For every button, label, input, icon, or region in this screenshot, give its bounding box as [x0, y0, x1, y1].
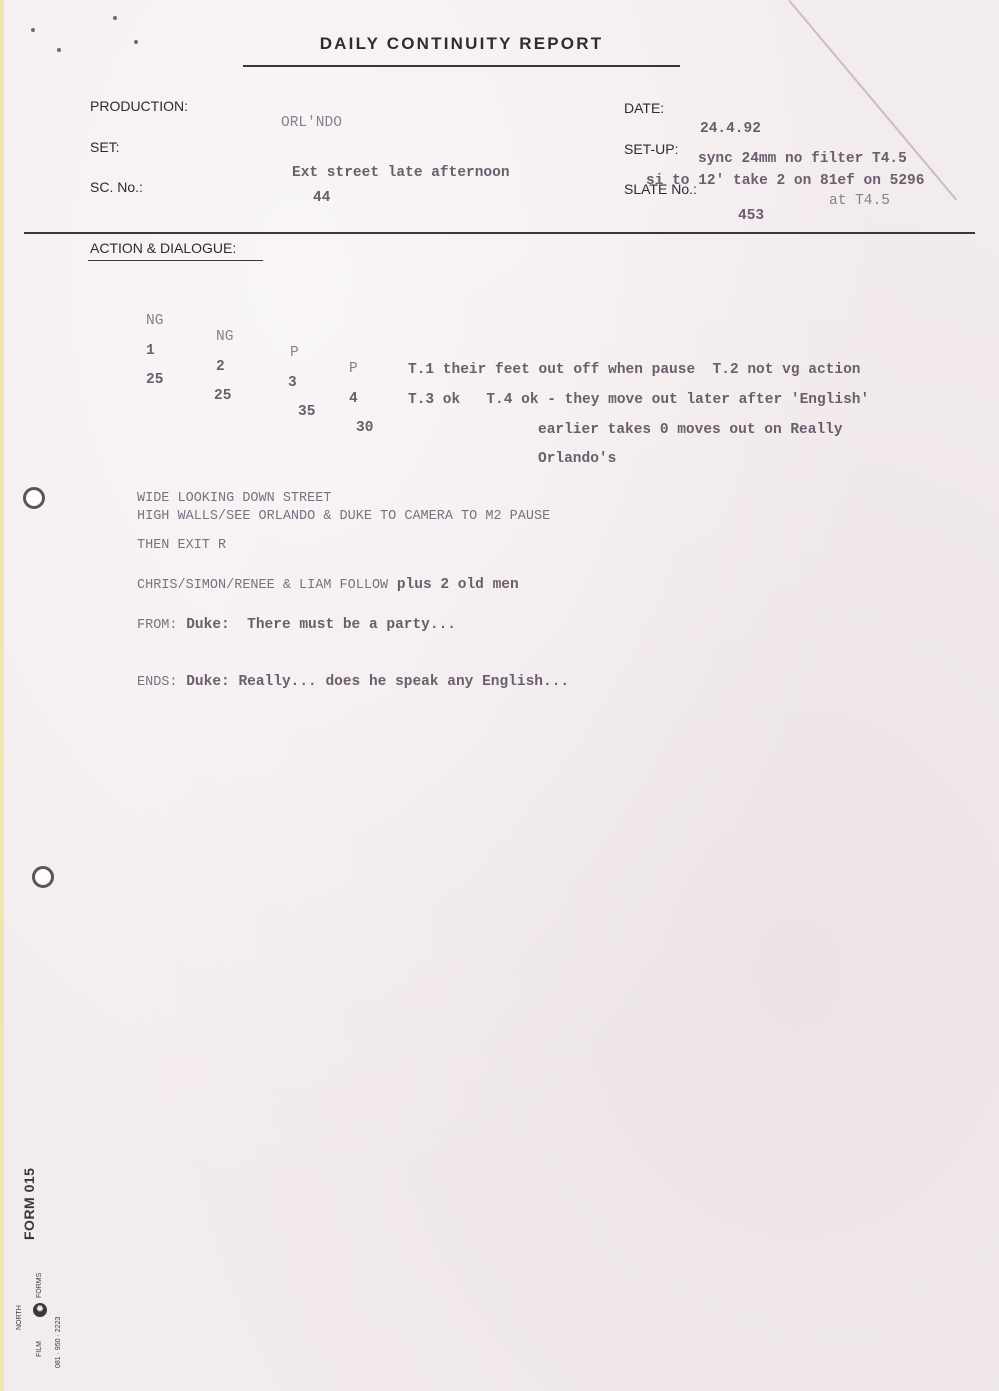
take-number: 4	[349, 391, 358, 407]
publisher-north: NORTH	[16, 1305, 23, 1330]
set-up-line-1: sync 24mm no filter T4.5	[698, 151, 907, 167]
take-duration: 25	[214, 388, 231, 404]
take-note: earlier takes 0 moves out on Really	[538, 422, 843, 438]
from-speaker: Duke:	[186, 617, 230, 633]
from-label: FROM:	[137, 618, 178, 633]
date-label: DATE:	[624, 100, 664, 116]
speck	[134, 40, 138, 44]
set-value: Ext street late afternoon	[292, 165, 510, 181]
shot-description: WIDE LOOKING DOWN STREET	[137, 491, 331, 506]
sc-no-label: SC. No.:	[90, 179, 143, 195]
header-divider	[24, 232, 975, 234]
take-duration: 25	[146, 372, 163, 388]
speck	[113, 16, 117, 20]
take-note: Orlando's	[538, 451, 616, 467]
publisher-film: FILM	[36, 1341, 43, 1357]
paper-edge	[0, 0, 4, 1391]
take-duration: 35	[298, 404, 315, 420]
corner-fold-crease	[788, 0, 957, 200]
form-title: DAILY CONTINUITY REPORT	[243, 34, 680, 54]
action-dialogue-underline	[88, 260, 263, 261]
take-status: P	[290, 345, 299, 361]
speck	[31, 28, 35, 32]
ends-label: ENDS:	[137, 675, 178, 690]
take-duration: 30	[356, 420, 373, 436]
set-up-label: SET-UP:	[624, 141, 678, 157]
ends-speaker: Duke:	[186, 674, 230, 690]
take-note: T.3 ok T.4 ok - they move out later afte…	[408, 392, 869, 408]
set-up-line-3: at T4.5	[829, 193, 890, 209]
set-label: SET:	[90, 139, 120, 155]
speck	[57, 48, 61, 52]
slate-no-value: 453	[738, 208, 764, 224]
publisher-phone: 081 · 950 · 2223	[55, 1317, 62, 1368]
take-note: T.1 their feet out off when pause T.2 no…	[408, 362, 860, 378]
take-status: NG	[216, 329, 233, 345]
binder-hole	[23, 487, 45, 509]
publisher-forms: FORMS	[36, 1273, 43, 1298]
compass-rose-icon: ✹	[33, 1303, 47, 1317]
date-value: 24.4.92	[700, 121, 761, 137]
take-duration-row: 25 25 35 30	[146, 356, 163, 436]
ends-dialogue: Really... does he speak any English...	[238, 674, 569, 690]
shot-description: THEN EXIT R	[137, 538, 226, 553]
title-underline	[243, 65, 680, 67]
sc-no-value: 44	[313, 190, 330, 206]
cast-line: CHRIS/SIMON/RENEE & LIAM FOLLOW plus 2 o…	[137, 577, 519, 593]
action-dialogue-label: ACTION & DIALOGUE:	[90, 240, 236, 256]
cast-names: CHRIS/SIMON/RENEE & LIAM FOLLOW	[137, 578, 388, 593]
ends-line: ENDS: Duke: Really... does he speak any …	[137, 674, 569, 690]
production-value: ORL'NDO	[281, 115, 342, 131]
from-line: FROM: Duke: There must be a party...	[137, 617, 456, 633]
take-number: 2	[216, 359, 225, 375]
shot-description: HIGH WALLS/SEE ORLANDO & DUKE TO CAMERA …	[137, 509, 550, 524]
from-dialogue: There must be a party...	[247, 617, 456, 633]
form-number: FORM 015	[21, 1168, 37, 1240]
production-label: PRODUCTION:	[90, 98, 188, 114]
take-number: 3	[288, 375, 297, 391]
take-status: P	[349, 361, 358, 377]
set-up-line-2: si to 12' take 2 on 81ef on 5296	[646, 173, 924, 189]
binder-hole	[32, 866, 54, 888]
cast-extras: plus 2 old men	[388, 577, 519, 593]
